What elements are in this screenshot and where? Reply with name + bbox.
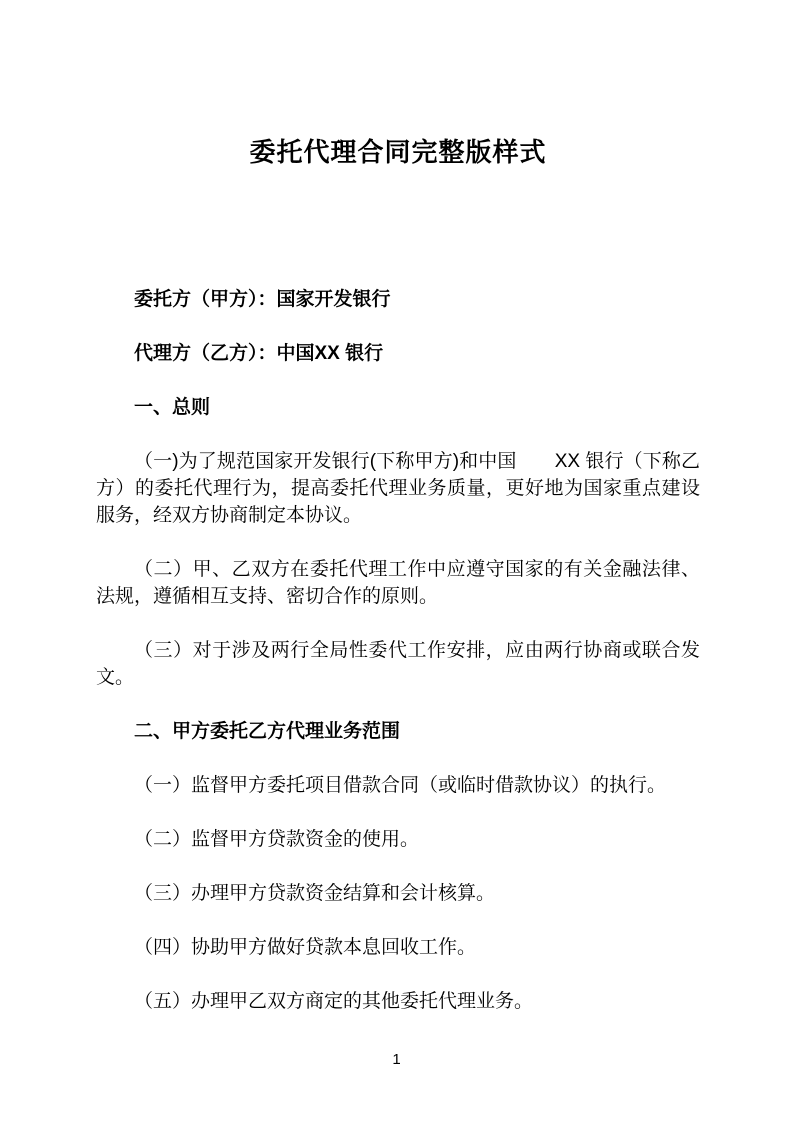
clause-2-2: （二）监督甲方贷款资金的使用。 <box>96 826 700 853</box>
clause-1-2: （二）甲、乙双方在委托代理工作中应遵守国家的有关金融法律、法规，遵循相互支持、密… <box>96 556 700 610</box>
clause-1-3: （三）对于涉及两行全局性委代工作安排，应由两行协商或联合发文。 <box>96 637 700 691</box>
clause-2-1: （一）监督甲方委托项目借款合同（或临时借款协议）的执行。 <box>96 772 700 799</box>
section-heading-general-provisions: 一、总则 <box>96 394 700 421</box>
clause-1-1: （一)为了规范国家开发银行(下称甲方)和中国 XX 银行（下称乙方）的委托代理行… <box>96 448 700 529</box>
clause-2-4: （四）协助甲方做好贷款本息回收工作。 <box>96 934 700 961</box>
clause-2-5: （五）办理甲乙双方商定的其他委托代理业务。 <box>96 988 700 1015</box>
document-page: 委托代理合同完整版样式 委托方（甲方）：国家开发银行 代理方（乙方）：中国XX … <box>0 0 793 1122</box>
section-heading-agency-scope: 二、甲方委托乙方代理业务范围 <box>96 718 700 745</box>
document-content: 委托代理合同完整版样式 委托方（甲方）：国家开发银行 代理方（乙方）：中国XX … <box>0 0 793 1015</box>
document-title: 委托代理合同完整版样式 <box>96 138 700 166</box>
party-a-line: 委托方（甲方）：国家开发银行 <box>96 286 700 313</box>
page-number: 1 <box>0 1050 793 1070</box>
clause-2-3: （三）办理甲方贷款资金结算和会计核算。 <box>96 880 700 907</box>
party-b-line: 代理方（乙方）：中国XX 银行 <box>96 340 700 367</box>
